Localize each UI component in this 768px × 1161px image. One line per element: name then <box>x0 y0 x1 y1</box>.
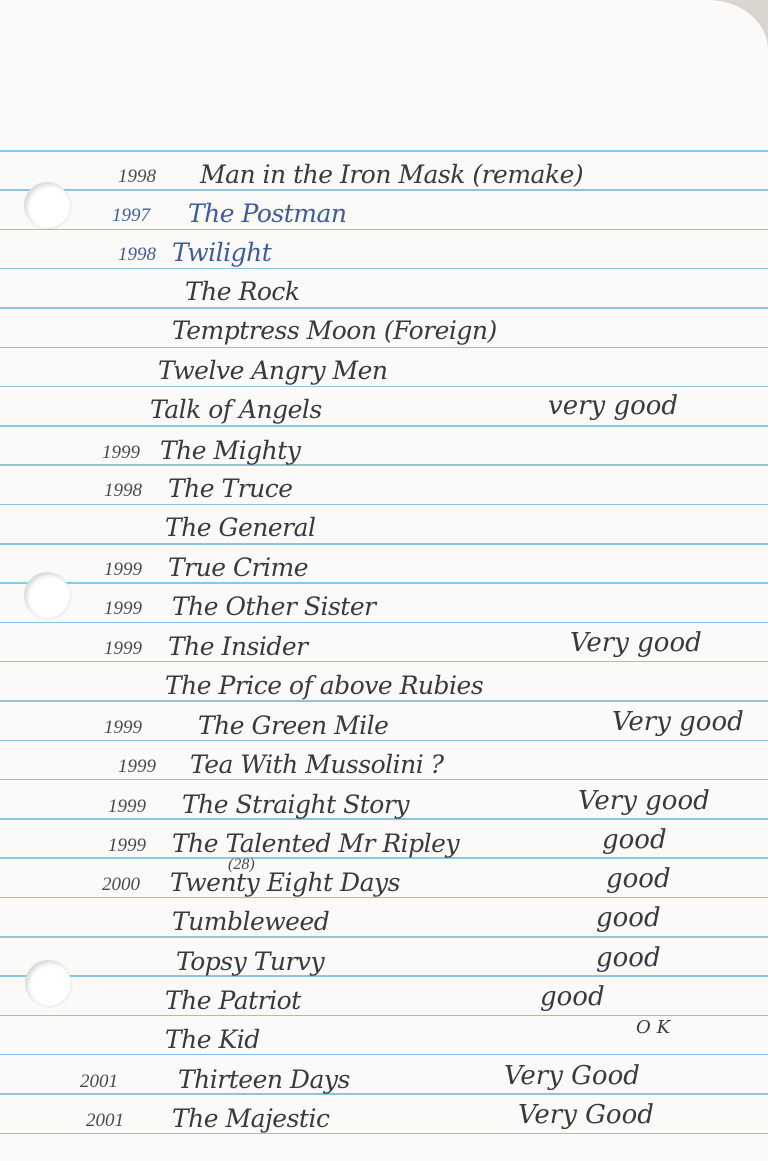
ruled-line <box>0 464 768 466</box>
binder-hole-top <box>24 182 70 228</box>
movie-rating: good <box>606 864 671 894</box>
release-year: 1999 <box>104 717 142 739</box>
movie-rating: good <box>540 982 605 1012</box>
movie-title: True Crime <box>168 553 308 582</box>
ruled-line <box>0 582 768 584</box>
movie-title: Tea With Mussolini ? <box>190 750 444 779</box>
ruled-line <box>0 425 768 427</box>
movie-rating: Very good <box>578 786 710 816</box>
ruled-line <box>0 779 768 781</box>
movie-title: The Patriot <box>165 986 301 1015</box>
release-year: 2001 <box>80 1071 118 1093</box>
ruled-line <box>0 229 768 231</box>
movie-title: The Other Sister <box>172 592 376 621</box>
movie-title: Twelve Angry Men <box>158 356 388 385</box>
movie-rating: good <box>596 903 661 933</box>
ruled-line <box>0 307 768 309</box>
ruled-line <box>0 700 768 702</box>
binder-hole-bottom <box>25 960 71 1006</box>
release-year: 1999 <box>104 638 142 660</box>
movie-rating: Very good <box>570 628 702 658</box>
release-year: 1998 <box>104 480 142 502</box>
movie-title: The Rock <box>185 277 300 306</box>
ruled-line <box>0 1015 768 1017</box>
movie-title: The Insider <box>168 632 308 661</box>
release-year: 2000 <box>102 874 140 896</box>
movie-title: Tumbleweed <box>172 907 329 936</box>
movie-title: Thirteen Days <box>178 1065 350 1094</box>
movie-title: The Kid <box>165 1025 260 1054</box>
release-year: 1999 <box>118 756 156 778</box>
movie-title: The Straight Story <box>182 790 409 819</box>
ruled-line <box>0 268 768 270</box>
release-year: 2001 <box>86 1110 124 1132</box>
movie-rating: Very Good <box>518 1100 654 1130</box>
ruled-line <box>0 975 768 977</box>
movie-title: The Truce <box>168 474 293 503</box>
movie-title: The General <box>165 513 316 542</box>
release-year: 1999 <box>104 559 142 581</box>
movie-rating: Very Good <box>504 1061 640 1091</box>
ruled-line <box>0 1133 768 1135</box>
ruled-line <box>0 661 768 663</box>
movie-rating: OK <box>636 1017 676 1038</box>
movie-title: Man in the Iron Mask (remake) <box>200 160 583 189</box>
release-year: 1997 <box>112 205 150 227</box>
release-year: 1999 <box>104 598 142 620</box>
movie-title: Talk of Angels <box>150 395 322 424</box>
title-annotation: (28) <box>228 856 255 874</box>
movie-rating: good <box>602 825 667 855</box>
movie-rating: very good <box>548 391 678 421</box>
notebook-page: 1998Man in the Iron Mask (remake)1997The… <box>0 0 768 1161</box>
ruled-line <box>0 622 768 624</box>
movie-title: The Postman <box>188 199 346 228</box>
ruled-line <box>0 189 768 191</box>
movie-title: The Talented Mr Ripley <box>172 829 459 858</box>
movie-title: The Mighty <box>160 436 300 465</box>
ruled-line <box>0 386 768 388</box>
ruled-line <box>0 504 768 506</box>
movie-title: Twenty Eight Days <box>170 868 400 897</box>
ruled-line <box>0 543 768 545</box>
ruled-line <box>0 1093 768 1095</box>
movie-title: The Green Mile <box>198 711 388 740</box>
movie-title: Topsy Turvy <box>176 947 324 976</box>
movie-title: The Price of above Rubies <box>165 671 483 700</box>
release-year: 1998 <box>118 166 156 188</box>
movie-title: The Majestic <box>172 1104 329 1133</box>
ruled-line <box>0 936 768 938</box>
movie-title: Twilight <box>172 238 271 267</box>
ruled-line <box>0 347 768 349</box>
release-year: 1999 <box>102 442 140 464</box>
ruled-line <box>0 1054 768 1056</box>
ruled-line <box>0 150 768 152</box>
release-year: 1999 <box>108 796 146 818</box>
release-year: 1998 <box>118 244 156 266</box>
movie-title: Temptress Moon (Foreign) <box>172 316 497 345</box>
movie-rating: good <box>596 943 661 973</box>
movie-rating: Very good <box>612 707 744 737</box>
binder-hole-middle <box>24 572 70 618</box>
release-year: 1999 <box>108 835 146 857</box>
